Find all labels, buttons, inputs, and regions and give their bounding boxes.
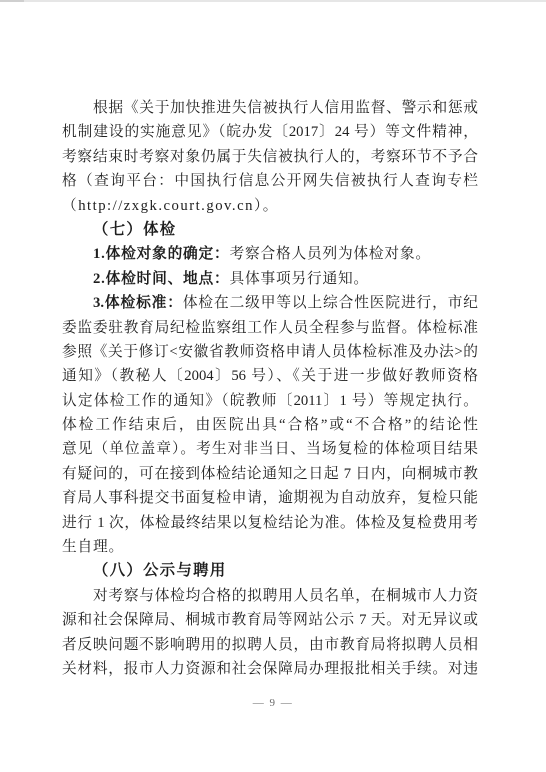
text-line: 生自理。 [62, 535, 478, 559]
document-body: 根据《关于加快推进失信被执行人信用监督、警示和惩戒 机制建设的实施意见》（皖办发… [62, 96, 478, 681]
line-text: 生自理。 [62, 539, 124, 555]
line-text: 认定体检工作的通知》（皖教师〔2011〕1 号）等规定执行。 [62, 393, 478, 409]
item-label: 1.体检对象的确定： [93, 246, 230, 262]
numbered-item-line: 2.体检时间、地点：具体事项另行通知。 [62, 267, 478, 291]
text-line: 源和社会保障局、桐城市教育局等网站公示 7 天。对无异议或 [62, 608, 478, 632]
document-page: 根据《关于加快推进失信被执行人信用监督、警示和惩戒 机制建设的实施意见》（皖办发… [0, 0, 546, 772]
text-line: 进行 1 次，体检最终结果以复检结论为准。体检及复检费用考 [62, 511, 478, 535]
section-heading-7: （七）体检 [62, 218, 478, 242]
line-text: 委监委驻教育局纪检监察组工作人员全程参与监督。体检标准 [62, 320, 478, 336]
text-line: 者反映问题不影响聘用的拟聘人员，由市教育局将拟聘人员相 [62, 633, 478, 657]
line-text: 参照《关于修订<安徽省教师资格申请人员体检标准及办法>的 [62, 344, 478, 360]
line-text: 对考察与体检均合格的拟聘用人员名单，在桐城市人力资 [93, 588, 478, 604]
text-line: 参照《关于修订<安徽省教师资格申请人员体检标准及办法>的 [62, 340, 478, 364]
line-text: 育局人事科提交书面复检申请，逾期视为自动放弃，复检只能 [62, 490, 478, 506]
text-line: 关材料，报市人力资源和社会保障局办理报批相关手续。对违 [62, 657, 478, 681]
scan-edge-artifact [0, 0, 546, 2]
line-text: 具体事项另行通知。 [230, 271, 369, 287]
line-text: （http://zxgk.court.gov.cn）。 [62, 198, 279, 214]
text-line: 有疑问的，可在接到体检结论通知之日起 7 日内，向桐城市教 [62, 462, 478, 486]
section-heading-8: （八）公示与聘用 [62, 559, 478, 583]
item-label: 2.体检时间、地点： [93, 271, 230, 287]
line-text: 者反映问题不影响聘用的拟聘人员，由市教育局将拟聘人员相 [62, 637, 478, 653]
text-line: 考察结束时考察对象仍属于失信被执行人的，考察环节不予合 [62, 145, 478, 169]
line-text: 根据《关于加快推进失信被执行人信用监督、警示和惩戒 [93, 100, 478, 116]
text-line: 根据《关于加快推进失信被执行人信用监督、警示和惩戒 [62, 96, 478, 120]
numbered-item-line: 1.体检对象的确定：考察合格人员列为体检对象。 [62, 242, 478, 266]
heading-label: （七）体检 [93, 221, 177, 238]
line-text: 机制建设的实施意见》（皖办发〔2017〕24 号）等文件精神， [62, 124, 478, 140]
line-text: 进行 1 次，体检最终结果以复检结论为准。体检及复检费用考 [62, 515, 478, 531]
line-text: 源和社会保障局、桐城市教育局等网站公示 7 天。对无异议或 [62, 612, 478, 628]
text-line: 意见（单位盖章）。考生对非当日、当场复检的体检项目结果 [62, 437, 478, 461]
text-line: 认定体检工作的通知》（皖教师〔2011〕1 号）等规定执行。 [62, 389, 478, 413]
line-text: 意见（单位盖章）。考生对非当日、当场复检的体检项目结果 [62, 441, 478, 457]
text-line: 体检工作结束后，由医院出具“合格”或“不合格”的结论性 [62, 413, 478, 437]
text-line: 委监委驻教育局纪检监察组工作人员全程参与监督。体检标准 [62, 316, 478, 340]
heading-label: （八）公示与聘用 [93, 562, 227, 579]
line-text: 关材料，报市人力资源和社会保障局办理报批相关手续。对违 [62, 661, 478, 677]
line-text: 通知》（教秘人〔2004〕56 号）、《关于进一步做好教师资格 [62, 368, 478, 384]
line-text: 体检工作结束后，由医院出具“合格”或“不合格”的结论性 [62, 417, 478, 433]
text-line: 通知》（教秘人〔2004〕56 号）、《关于进一步做好教师资格 [62, 364, 478, 388]
numbered-item-line: 3.体检标准：体检在二级甲等以上综合性医院进行，市纪 [62, 291, 478, 315]
item-label: 3.体检标准： [93, 295, 183, 311]
text-line: 育局人事科提交书面复检申请，逾期视为自动放弃，复检只能 [62, 486, 478, 510]
line-text: 体检在二级甲等以上综合性医院进行，市纪 [183, 295, 478, 311]
text-line: 对考察与体检均合格的拟聘用人员名单，在桐城市人力资 [62, 584, 478, 608]
text-line: 格（查询平台：中国执行信息公开网失信被执行人查询专栏 [62, 169, 478, 193]
line-text: 有疑问的，可在接到体检结论通知之日起 7 日内，向桐城市教 [62, 466, 478, 482]
url-line: （http://zxgk.court.gov.cn）。 [62, 194, 478, 218]
text-line: 机制建设的实施意见》（皖办发〔2017〕24 号）等文件精神， [62, 120, 478, 144]
line-text: 考察结束时考察对象仍属于失信被执行人的，考察环节不予合 [62, 149, 478, 165]
page-number: — 9 — [0, 697, 546, 709]
line-text: 格（查询平台：中国执行信息公开网失信被执行人查询专栏 [62, 173, 478, 189]
scan-edge-artifact-dark [0, 0, 24, 2]
line-text: 考察合格人员列为体检对象。 [230, 246, 431, 262]
